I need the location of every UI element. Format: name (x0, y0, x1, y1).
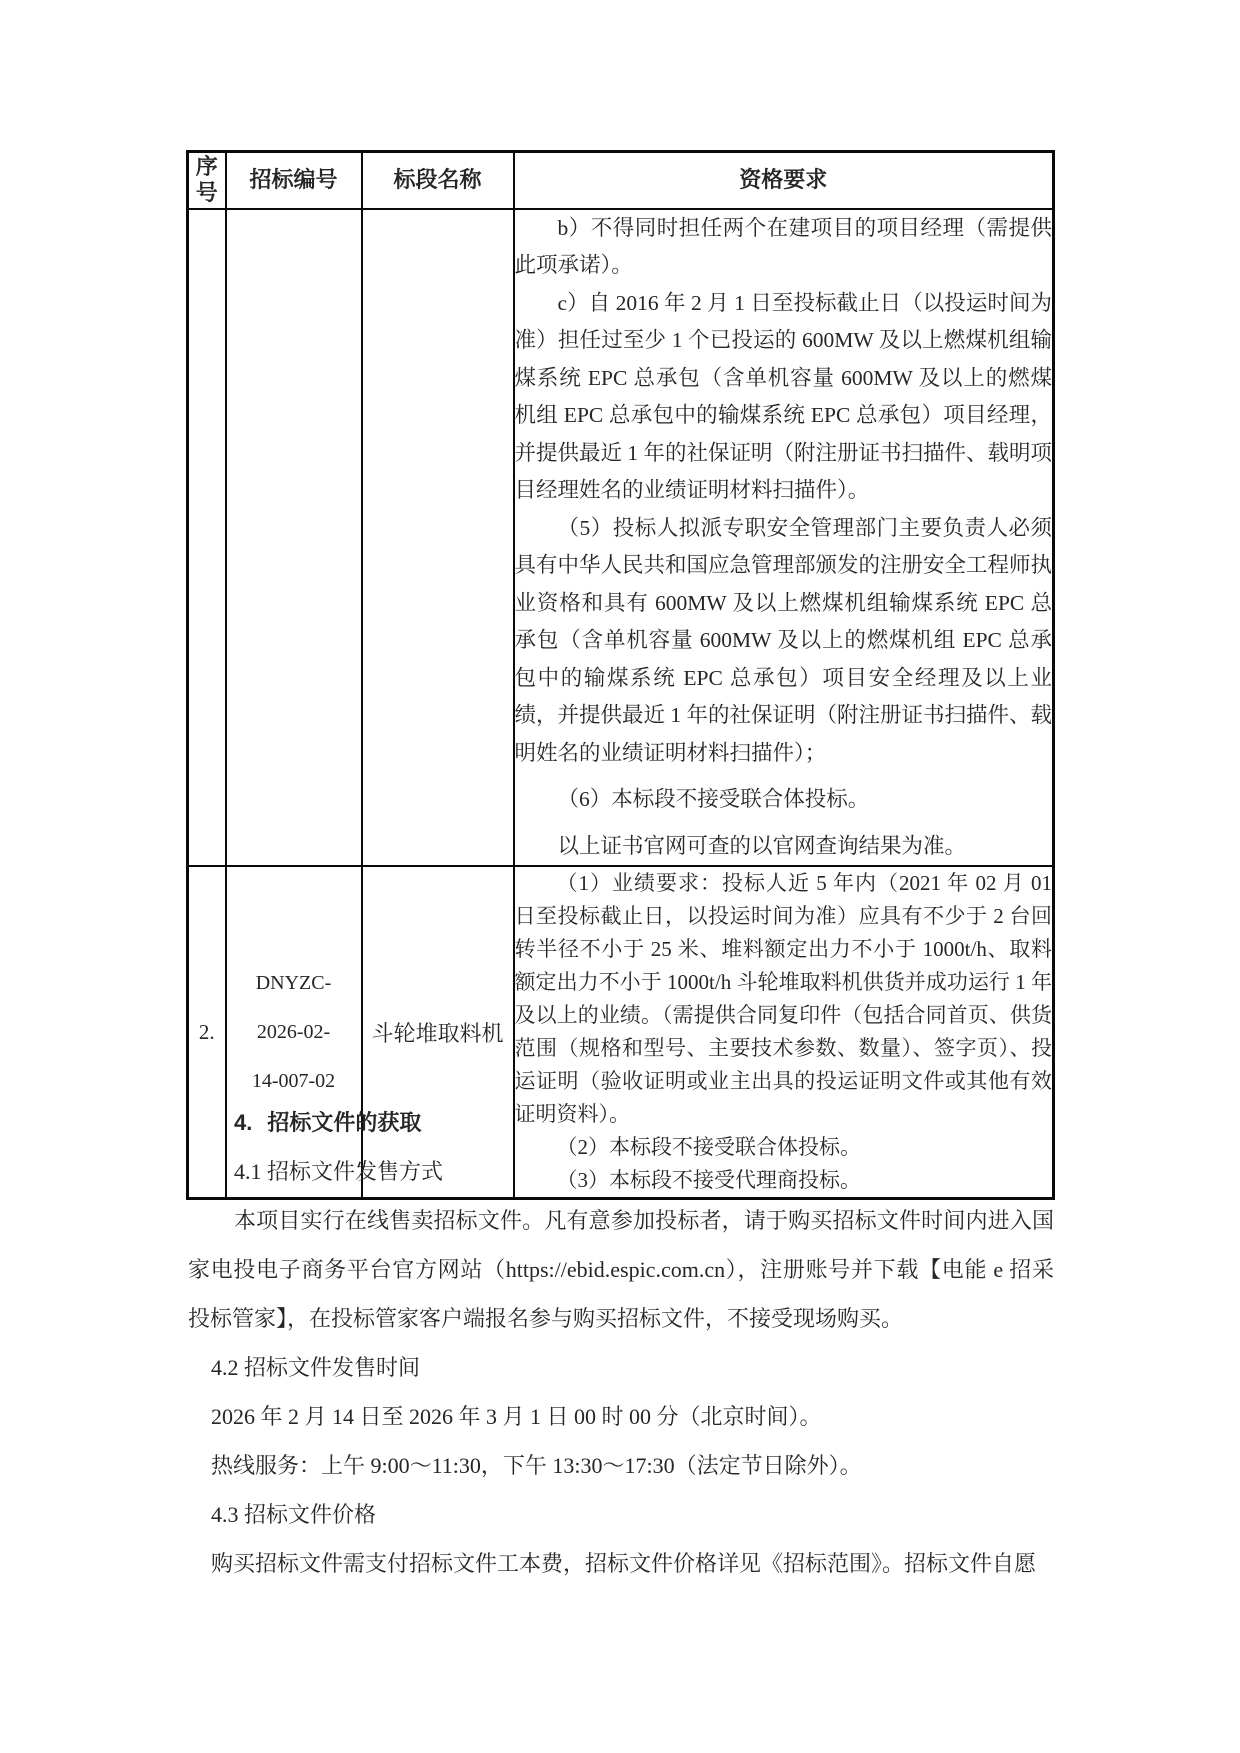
column-header-seq: 序号 (188, 152, 226, 209)
cell-qualification: b）不得同时担任两个在建项目的项目经理（需提供此项承诺）。 c）自 2016 年… (514, 209, 1054, 867)
requirement-paragraph: b）不得同时担任两个在建项目的项目经理（需提供此项承诺）。 (515, 210, 1053, 285)
section-number: 4. (234, 1110, 252, 1135)
requirement-paragraph: 以上证书官网可查的以官网查询结果为准。 (515, 828, 1053, 866)
cell-section-name (362, 209, 514, 867)
requirement-paragraph: c）自 2016 年 2 月 1 日至投标截止日（以投运时间为准）担任过至少 1… (515, 285, 1053, 510)
line-hotline: 热线服务：上午 9:00～11:30，下午 13:30～17:30（法定节日除外… (188, 1441, 1054, 1490)
tender-no-line: 2026-02- (227, 1008, 361, 1057)
requirement-paragraph: （5）投标人拟派专职安全管理部门主要负责人必须具有中华人民共和国应急管理部颁发的… (515, 510, 1053, 773)
qualification-table: 序号 招标编号 标段名称 资格要求 b）不得同时担任两个在建项目的项目经理（需提… (186, 150, 1055, 1200)
table-row-1: b）不得同时担任两个在建项目的项目经理（需提供此项承诺）。 c）自 2016 年… (188, 209, 1054, 867)
section-heading: 4.招标文件的获取 (188, 1098, 1054, 1147)
document-body: 4.招标文件的获取 4.1 招标文件发售方式 本项目实行在线售卖招标文件。凡有意… (188, 1098, 1054, 1588)
line-sale-time: 2026 年 2 月 14 日至 2026 年 3 月 1 日 00 时 00 … (188, 1392, 1054, 1441)
subsection-4-3-heading: 4.3 招标文件价格 (188, 1490, 1054, 1539)
column-header-tender-no: 招标编号 (226, 152, 362, 209)
subsection-4-2-heading: 4.2 招标文件发售时间 (188, 1343, 1054, 1392)
paragraph-sale-method: 本项目实行在线售卖招标文件。凡有意参加投标者，请于购买招标文件时间内进入国家电投… (188, 1196, 1054, 1343)
subsection-4-1-heading: 4.1 招标文件发售方式 (188, 1147, 1054, 1196)
column-header-section-name: 标段名称 (362, 152, 514, 209)
table-header-row: 序号 招标编号 标段名称 资格要求 (188, 152, 1054, 209)
column-header-qualification: 资格要求 (514, 152, 1054, 209)
requirement-paragraph: （1）业绩要求：投标人近 5 年内（2021 年 02 月 01 日至投标截止日… (515, 867, 1053, 1131)
section-title: 招标文件的获取 (267, 1110, 421, 1135)
tender-no-line: DNYZC- (227, 959, 361, 1008)
document-page: 序号 招标编号 标段名称 资格要求 b）不得同时担任两个在建项目的项目经理（需提… (0, 0, 1240, 1753)
cell-tender-no (226, 209, 362, 867)
requirement-paragraph: （6）本标段不接受联合体投标。 (515, 781, 1053, 819)
cell-seq (188, 209, 226, 867)
paragraph-doc-price: 购买招标文件需支付招标文件工本费，招标文件价格详见《招标范围》。招标文件自愿 (188, 1539, 1054, 1588)
